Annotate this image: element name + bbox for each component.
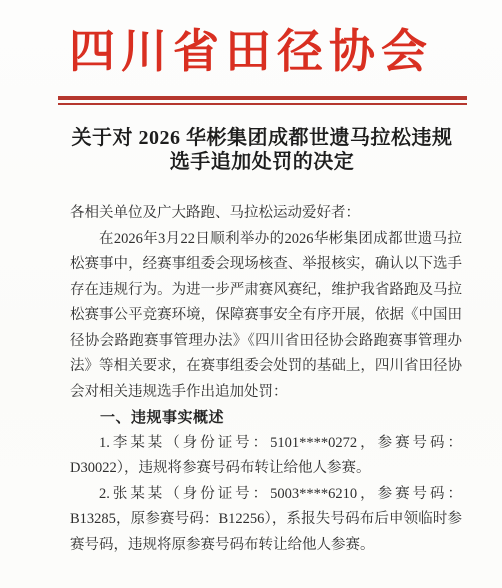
document-title-line1: 关于对 2026 华彬集团成都世遗马拉松违规 (62, 126, 462, 150)
org-name-header: 四川省田径协会 (0, 0, 502, 77)
document-title: 关于对 2026 华彬集团成都世遗马拉松违规 选手追加处罚的决定 (62, 126, 462, 174)
intro-paragraph: 在2026年3月22日顺利举办的2026华彬集团成都世遗马拉松赛事中，经赛事组委… (70, 227, 462, 406)
official-document-page: 四川省田径协会 关于对 2026 华彬集团成都世遗马拉松违规 选手追加处罚的决定… (0, 0, 502, 588)
violation-item-2: 2.张某某（身份证号：5003****6210，参赛号码：B13285，原参赛号… (70, 482, 462, 559)
section1-heading: 一、违规事实概述 (70, 405, 462, 431)
document-body: 各相关单位及广大路跑、马拉松运动爱好者： 在2026年3月22日顺利举办的202… (70, 201, 462, 558)
header-divider (58, 96, 467, 105)
violation-item-1: 1.李某某（身份证号：5101****0272，参赛号码：D30022），违规将… (70, 431, 462, 482)
header-divider-thick-line (58, 96, 467, 100)
header-divider-thin-line (58, 103, 467, 105)
salutation-line: 各相关单位及广大路跑、马拉松运动爱好者： (70, 201, 462, 227)
document-title-line2: 选手追加处罚的决定 (62, 150, 462, 174)
